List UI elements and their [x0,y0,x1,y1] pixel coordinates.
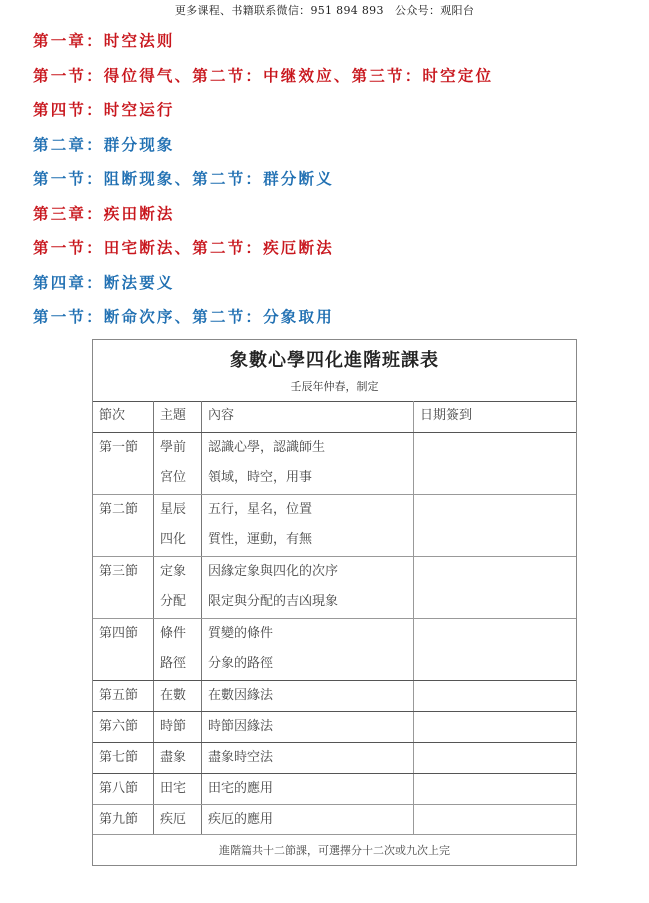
session-cell: 第七節 [99,743,153,773]
table-row: 第五節 在數 在數因緣法 [93,681,576,712]
content-cell: 質變的條件 [208,619,413,649]
date-signin-cell[interactable] [414,619,576,680]
course-schedule-table: 象數心學四化進階班課表 壬辰年仲春，制定 節次 主題 內容 日期簽到 第一節 學… [92,339,577,866]
date-signin-cell[interactable] [414,805,576,834]
topic-cell: 盡象 [160,743,201,773]
content-cell: 五行，星名，位置 [208,495,413,525]
date-signin-cell[interactable] [414,495,576,556]
content-cell: 限定與分配的吉凶現象 [208,587,413,617]
content-cell: 因緣定象與四化的次序 [208,557,413,587]
topic-cell: 宮位 [160,463,201,493]
date-signin-cell[interactable] [414,433,576,494]
content-cell: 疾厄的應用 [208,805,413,835]
chapter-outline: 第一章：时空法则 第一节：得位得气、第二节：中继效应、第三节：时空定位 第四节：… [33,24,493,335]
topic-cell: 四化 [160,525,201,555]
topic-cell: 在數 [160,681,201,711]
table-row: 第一節 學前 宮位 認識心學，認識師生 領域，時空，用事 [93,433,576,495]
topic-cell: 時節 [160,712,201,742]
table-row: 第七節 盡象 盡象時空法 [93,743,576,774]
topic-cell: 疾厄 [160,805,201,835]
date-signin-cell[interactable] [414,681,576,711]
table-row: 第二節 星辰 四化 五行，星名，位置 質性，運動，有無 [93,495,576,557]
topic-cell: 學前 [160,433,201,463]
content-cell: 田宅的應用 [208,774,413,804]
table-row: 第八節 田宅 田宅的應用 [93,774,576,805]
date-signin-cell[interactable] [414,557,576,618]
topic-cell: 田宅 [160,774,201,804]
outline-chapter-1: 第一章：时空法则 [33,24,493,59]
content-cell: 在數因緣法 [208,681,413,711]
table-row: 第六節 時節 時節因緣法 [93,712,576,743]
table-row: 第九節 疾厄 疾厄的應用 [93,805,576,835]
session-cell: 第八節 [99,774,153,804]
content-cell: 領域，時空，用事 [208,463,413,493]
outline-chapter-1-section-4: 第四节：时空运行 [33,93,493,128]
outline-chapter-4-sections: 第一节：断命次序、第二节：分象取用 [33,300,493,335]
outline-chapter-4: 第四章：断法要义 [33,266,493,301]
column-header-date: 日期簽到 [414,401,576,432]
topic-cell: 定象 [160,557,201,587]
content-cell: 認識心學，認識師生 [208,433,413,463]
topic-cell: 條件 [160,619,201,649]
topic-cell: 分配 [160,587,201,617]
session-cell: 第四節 [99,619,153,649]
table-header-row: 節次 主題 內容 日期簽到 [93,401,576,433]
outline-chapter-3-sections: 第一节：田宅断法、第二节：疾厄断法 [33,231,493,266]
date-signin-cell[interactable] [414,774,576,804]
outline-chapter-1-sections: 第一节：得位得气、第二节：中继效应、第三节：时空定位 [33,59,493,94]
session-cell: 第一節 [99,433,153,463]
outline-chapter-2-sections: 第一节：阻断现象、第二节：群分断义 [33,162,493,197]
date-signin-cell[interactable] [414,712,576,742]
contact-header: 更多课程、书籍联系微信：951 894 893 公众号：观阳台 [0,2,649,18]
table-subtitle: 壬辰年仲春，制定 [93,378,576,394]
table-footer-note: 進階篇共十二節課，可選擇分十二次或九次上完 [93,835,576,866]
session-cell: 第六節 [99,712,153,742]
table-row: 第四節 條件 路徑 質變的條件 分象的路徑 [93,619,576,681]
column-header-topic: 主題 [154,401,202,432]
table-row: 第三節 定象 分配 因緣定象與四化的次序 限定與分配的吉凶現象 [93,557,576,619]
outline-chapter-2: 第二章：群分现象 [33,128,493,163]
topic-cell: 路徑 [160,649,201,679]
session-cell: 第九節 [99,805,153,835]
column-header-session: 節次 [93,401,154,432]
session-cell: 第三節 [99,557,153,587]
table-title-box: 象數心學四化進階班課表 壬辰年仲春，制定 [93,340,576,402]
content-cell: 質性，運動，有無 [208,525,413,555]
session-cell: 第二節 [99,495,153,525]
content-cell: 盡象時空法 [208,743,413,773]
outline-chapter-3: 第三章：疾田断法 [33,197,493,232]
table-title: 象數心學四化進階班課表 [93,346,576,372]
session-cell: 第五節 [99,681,153,711]
content-cell: 時節因緣法 [208,712,413,742]
date-signin-cell[interactable] [414,743,576,773]
topic-cell: 星辰 [160,495,201,525]
content-cell: 分象的路徑 [208,649,413,679]
column-header-content: 內容 [202,401,414,432]
